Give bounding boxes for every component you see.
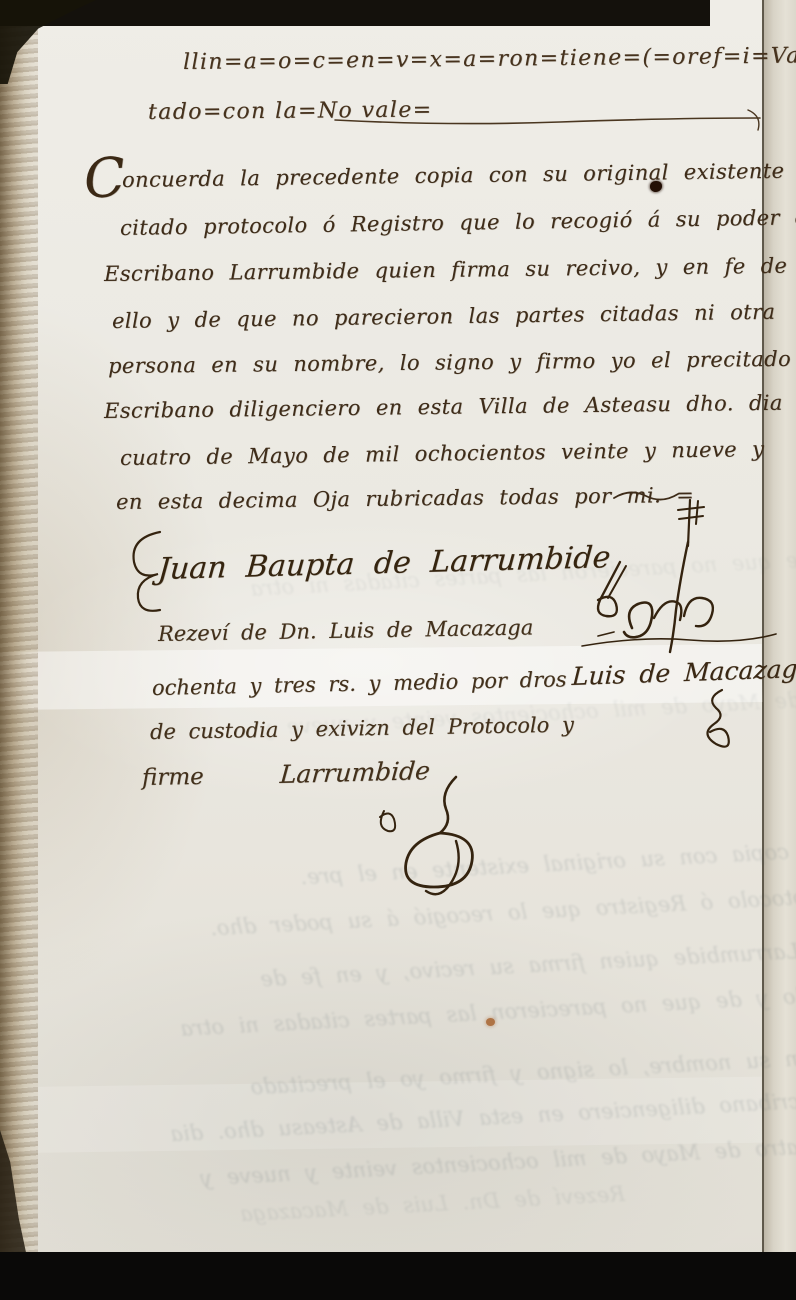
page-top-edge bbox=[0, 0, 710, 26]
body-line: oncuerda la precedente copia con su orig… bbox=[122, 157, 796, 192]
emendation-line-1: llin=a=o=c=en=v=x=a=ron=tiene=(=oref=i=V… bbox=[183, 42, 796, 75]
manuscript-scan: ello y de que no parecieron las partes c… bbox=[0, 0, 796, 1300]
notary-rubric bbox=[570, 560, 640, 630]
drop-cap: C bbox=[82, 145, 128, 211]
manuscript-page: ello y de que no parecieron las partes c… bbox=[0, 0, 762, 1300]
bleedthrough-line: Escribano Larrumbide quien firma su reci… bbox=[260, 933, 796, 992]
body-line: citado protocolo ó Registro que lo recog… bbox=[120, 205, 796, 240]
bleedthrough-line: ello y de que no parecieron las partes c… bbox=[180, 983, 796, 1041]
bleedthrough-line: citado protocolo ó Registro que lo recog… bbox=[210, 880, 796, 941]
party-rubric bbox=[688, 688, 748, 758]
torn-left-edge bbox=[0, 0, 38, 1300]
body-line: ello y de que no parecieron las partes c… bbox=[112, 300, 776, 333]
page-bottom-edge bbox=[0, 1252, 796, 1300]
ink-blot bbox=[650, 181, 662, 192]
rust-stain bbox=[486, 1018, 495, 1026]
receipt-line: de custodia y exivizn del Protocolo y bbox=[150, 713, 574, 744]
receipt-rubric bbox=[360, 775, 490, 905]
firme-word: firme bbox=[142, 764, 204, 791]
bleedthrough-line: Rezeví de Dn. Luis de Macazaga bbox=[240, 1182, 626, 1226]
body-line: en esta decima Oja rubricadas todas por … bbox=[116, 483, 694, 514]
body-line: Escribano Larrumbide quien firma su reci… bbox=[104, 254, 788, 286]
body-line: cuatro de Mayo de mil ochocientos veinte… bbox=[120, 437, 765, 470]
receipt-line: Rezeví de Dn. Luis de Macazaga bbox=[158, 615, 534, 646]
no-vale-rule bbox=[330, 108, 765, 134]
body-line: persona en su nombre, lo signo y firmo y… bbox=[108, 347, 791, 378]
body-line: Escribano diligenciero en esta Villa de … bbox=[104, 391, 783, 423]
